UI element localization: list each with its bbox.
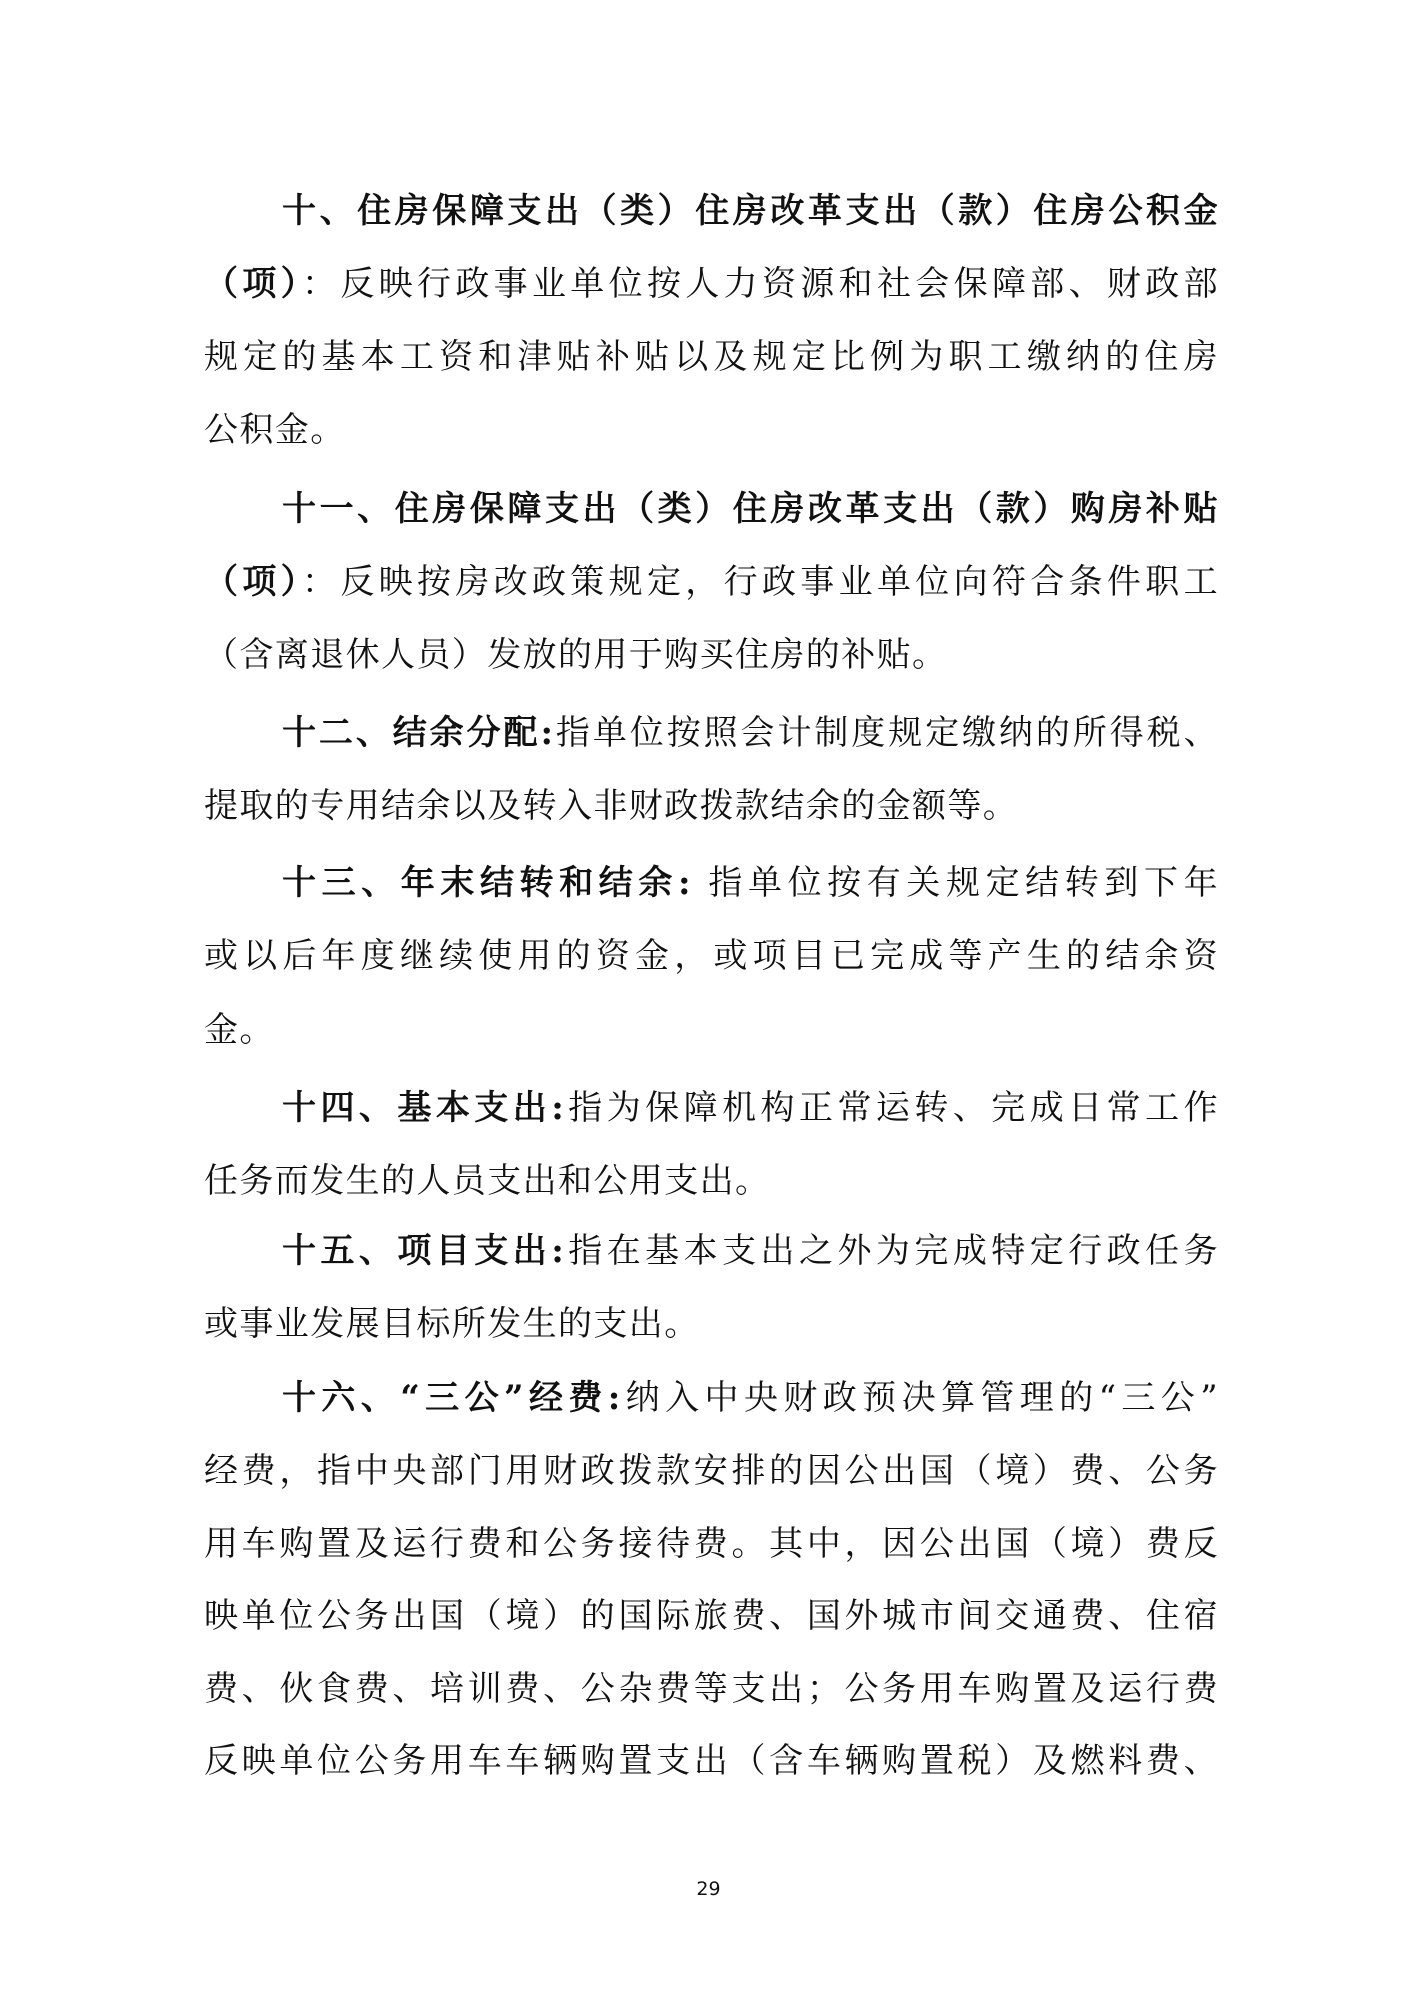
section-16-line-3: 映单位公务出国（境）的国际旅费、国外城市间交通费、住宿: [204, 1591, 1219, 1641]
section-11-line-1: （项）：反映按房改政策规定，行政事业单位向符合条件职工: [204, 557, 1219, 607]
section-11-heading: 十一、住房保障支出（类）住房改革支出（款）购房补贴: [282, 484, 1219, 534]
section-13-line-1: 或以后年度继续使用的资金，或项目已完成等产生的结余资: [204, 931, 1219, 981]
section-11-line-1-text: ：反映按房改政策规定，行政事业单位向符合条件职工: [302, 562, 1219, 602]
section-13-heading: 十三、年末结转和结余:: [282, 863, 692, 903]
section-16-heading-rest: 纳入中央财政预决算管理的“三公”: [622, 1378, 1219, 1418]
section-16-line-2: 用车购置及运行费和公务接待费。其中，因公出国（境）费反: [204, 1519, 1219, 1569]
section-12-first-line: 十二、结余分配:指单位按照会计制度规定缴纳的所得税、: [282, 708, 1219, 758]
section-15-heading: 十五、项目支出:: [282, 1231, 565, 1271]
section-14-heading-rest: 指为保障机构正常运转、完成日常工作: [565, 1088, 1219, 1128]
section-16-line-5: 反映单位公务用车车辆购置支出（含车辆购置税）及燃料费、: [204, 1736, 1219, 1786]
section-14-heading: 十四、基本支出:: [282, 1088, 565, 1128]
section-14-line-1: 任务而发生的人员支出和公用支出。: [204, 1156, 1219, 1206]
section-11-item-label: （项）: [204, 562, 302, 602]
section-12-heading-rest: 指单位按照会计制度规定缴纳的所得税、: [554, 713, 1219, 753]
section-16-line-1: 经费，指中央部门用财政拨款安排的因公出国（境）费、公务: [204, 1446, 1219, 1496]
section-16-line-4: 费、伙食费、培训费、公杂费等支出；公务用车购置及运行费: [204, 1664, 1219, 1714]
section-15-heading-rest: 指在基本支出之外为完成特定行政任务: [565, 1231, 1219, 1271]
section-10-line-3: 公积金。: [204, 405, 1219, 455]
section-11-line-2: （含离退休人员）发放的用于购买住房的补贴。: [204, 630, 1219, 680]
section-10-heading: 十、住房保障支出（类）住房改革支出（款）住房公积金: [282, 186, 1219, 236]
section-16-heading: 十六、“三公”经费:: [282, 1378, 622, 1418]
section-15-first-line: 十五、项目支出:指在基本支出之外为完成特定行政任务: [282, 1226, 1219, 1276]
section-14-first-line: 十四、基本支出:指为保障机构正常运转、完成日常工作: [282, 1083, 1219, 1133]
page-number: 29: [0, 1878, 1417, 1900]
document-page: 十、住房保障支出（类）住房改革支出（款）住房公积金 （项）：反映行政事业单位按人…: [0, 0, 1417, 2005]
section-13-first-line: 十三、年末结转和结余: 指单位按有关规定结转到下年: [282, 858, 1219, 908]
section-10-line-1-text: ：反映行政事业单位按人力资源和社会保障部、财政部: [302, 264, 1219, 304]
section-10-line-1: （项）：反映行政事业单位按人力资源和社会保障部、财政部: [204, 259, 1219, 309]
section-10-item-label: （项）: [204, 264, 302, 304]
section-12-line-1: 提取的专用结余以及转入非财政拨款结余的金额等。: [204, 781, 1219, 831]
section-10-line-2: 规定的基本工资和津贴补贴以及规定比例为职工缴纳的住房: [204, 332, 1219, 382]
section-16-first-line: 十六、“三公”经费:纳入中央财政预决算管理的“三公”: [282, 1373, 1219, 1423]
section-13-line-2: 金。: [204, 1005, 1219, 1055]
section-15-line-1: 或事业发展目标所发生的支出。: [204, 1299, 1219, 1349]
section-13-heading-rest: 指单位按有关规定结转到下年: [692, 863, 1219, 903]
section-12-heading: 十二、结余分配:: [282, 713, 554, 753]
